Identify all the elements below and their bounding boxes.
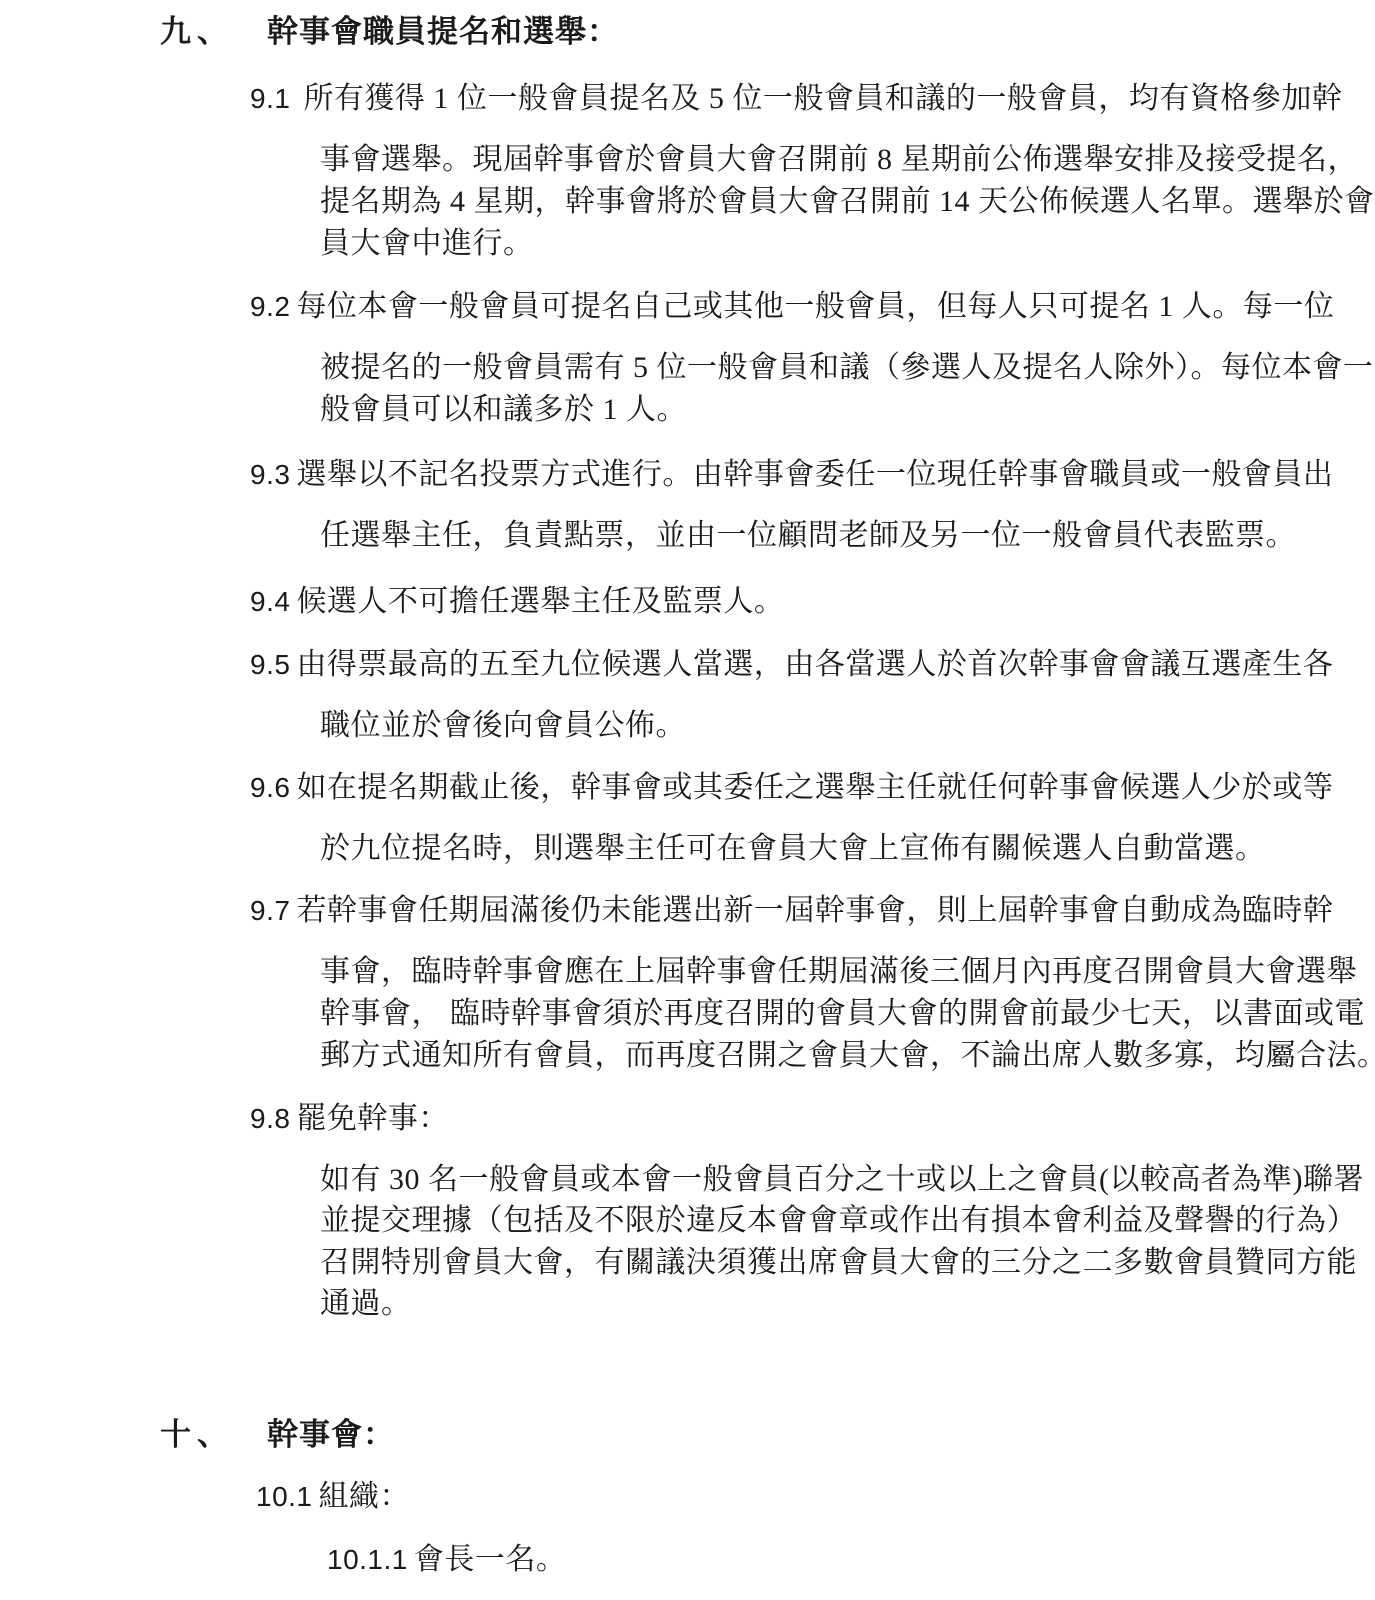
section-nine-marker: 九、 — [160, 14, 267, 50]
item-9-5-text: 由得票最高的五至九位候選人當選，由各當選人於首次幹事會會議互選產生各 — [296, 648, 1333, 681]
item-9-8-line-3: 並提交理據（包括及不限於違反本會會章或作出有損本會利益及聲譽的行為） — [320, 1204, 1357, 1239]
item-9-8-number: 9.8 — [250, 1103, 290, 1134]
document-page: 九、幹事會職員提名和選舉： 9.1所有獲得 1 位一般會員提名及 5 位一般會員… — [0, 0, 1375, 1600]
item-9-7-text: 若幹事會任期屆滿後仍未能選出新一屆幹事會，則上屆幹事會自動成為臨時幹 — [296, 894, 1333, 927]
item-10-1-line-1: 10.1組織： — [256, 1480, 410, 1515]
item-9-3-number: 9.3 — [250, 459, 290, 490]
item-9-3-line-1: 9.3選舉以不記名投票方式進行。由幹事會委任一位現任幹事會職員或一般會員出 — [250, 458, 1333, 493]
section-nine-heading: 九、幹事會職員提名和選舉： — [160, 14, 619, 50]
section-nine-title: 幹事會職員提名和選舉： — [267, 14, 619, 49]
item-9-1-line-3: 提名期為 4 星期，幹事會將於會員大會召開前 14 天公佈候選人名單。選舉於會 — [320, 185, 1375, 220]
item-10-1-1-line-1: 10.1.1會長一名。 — [327, 1543, 566, 1578]
item-9-1-number: 9.1 — [250, 83, 290, 114]
item-9-7-line-4: 郵方式通知所有會員，而再度召開之會員大會，不論出席人數多寡，均屬合法。 — [320, 1039, 1375, 1074]
item-9-7-number: 9.7 — [250, 895, 290, 926]
item-9-2-line-1: 9.2每位本會一般會員可提名自己或其他一般會員，但每人只可提名 1 人。每一位 — [250, 290, 1334, 325]
item-9-2-number: 9.2 — [250, 291, 290, 322]
item-9-5-number: 9.5 — [250, 649, 290, 680]
item-9-1-line-4: 員大會中進行。 — [320, 227, 534, 262]
item-10-1-text: 組織： — [319, 1480, 411, 1513]
item-9-2-text: 每位本會一般會員可提名自己或其他一般會員，但每人只可提名 1 人。每一位 — [296, 290, 1334, 323]
item-9-1-line-1: 9.1所有獲得 1 位一般會員提名及 5 位一般會員和議的一般會員，均有資格參加… — [250, 82, 1342, 117]
item-9-1-text: 所有獲得 1 位一般會員提名及 5 位一般會員和議的一般會員，均有資格參加幹 — [303, 82, 1342, 115]
item-9-4-line-1: 9.4候選人不可擔任選舉主任及監票人。 — [250, 585, 784, 620]
item-9-8-line-5: 通過。 — [320, 1287, 412, 1322]
section-ten-marker: 十、 — [160, 1417, 267, 1453]
item-9-1-line-2: 事會選舉。現屆幹事會於會員大會召開前 8 星期前公佈選舉安排及接受提名， — [320, 143, 1358, 178]
item-9-4-text: 候選人不可擔任選舉主任及監票人。 — [296, 585, 784, 618]
item-9-6-number: 9.6 — [250, 772, 290, 803]
item-9-4-number: 9.4 — [250, 586, 290, 617]
item-9-8-line-4: 召開特別會員大會，有關議決須獲出席會員大會的三分之二多數會員贊同方能 — [320, 1246, 1357, 1281]
item-9-6-text: 如在提名期截止後，幹事會或其委任之選舉主任就任何幹事會候選人少於或等 — [296, 771, 1333, 804]
item-9-3-text: 選舉以不記名投票方式進行。由幹事會委任一位現任幹事會職員或一般會員出 — [296, 458, 1333, 491]
item-10-1-number: 10.1 — [256, 1481, 313, 1512]
item-10-1-1-number: 10.1.1 — [327, 1544, 408, 1575]
section-ten-title: 幹事會： — [267, 1417, 395, 1452]
item-9-6-line-2: 於九位提名時，則選舉主任可在會員大會上宣佈有關候選人自動當選。 — [320, 832, 1266, 867]
item-9-7-line-2: 事會，臨時幹事會應在上屆幹事會任期屆滿後三個月內再度召開會員大會選舉 — [320, 955, 1357, 990]
item-9-3-line-2: 任選舉主任，負責點票，並由一位顧問老師及另一位一般會員代表監票。 — [320, 519, 1296, 554]
item-10-1-1-text: 會長一名。 — [414, 1543, 567, 1576]
item-9-8-line-1: 9.8罷免幹事： — [250, 1102, 449, 1137]
item-9-2-line-3: 般會員可以和議多於 1 人。 — [320, 393, 687, 428]
item-9-2-line-2: 被提名的一般會員需有 5 位一般會員和議（參選人及提名人除外）。每位本會一 — [320, 351, 1374, 386]
item-9-7-line-3: 幹事會， 臨時幹事會須於再度召開的會員大會的開會前最少七天，以書面或電 — [320, 997, 1365, 1032]
item-9-5-line-2: 職位並於會後向會員公佈。 — [320, 709, 686, 744]
item-9-8-text: 罷免幹事： — [296, 1102, 449, 1135]
item-9-5-line-1: 9.5由得票最高的五至九位候選人當選，由各當選人於首次幹事會會議互選產生各 — [250, 648, 1333, 683]
item-9-8-line-2: 如有 30 名一般會員或本會一般會員百分之十或以上之會員(以較高者為準)聯署 — [320, 1163, 1364, 1198]
section-ten-heading: 十、幹事會： — [160, 1417, 395, 1453]
item-9-6-line-1: 9.6如在提名期截止後，幹事會或其委任之選舉主任就任何幹事會候選人少於或等 — [250, 771, 1333, 806]
item-9-7-line-1: 9.7若幹事會任期屆滿後仍未能選出新一屆幹事會，則上屆幹事會自動成為臨時幹 — [250, 894, 1333, 929]
